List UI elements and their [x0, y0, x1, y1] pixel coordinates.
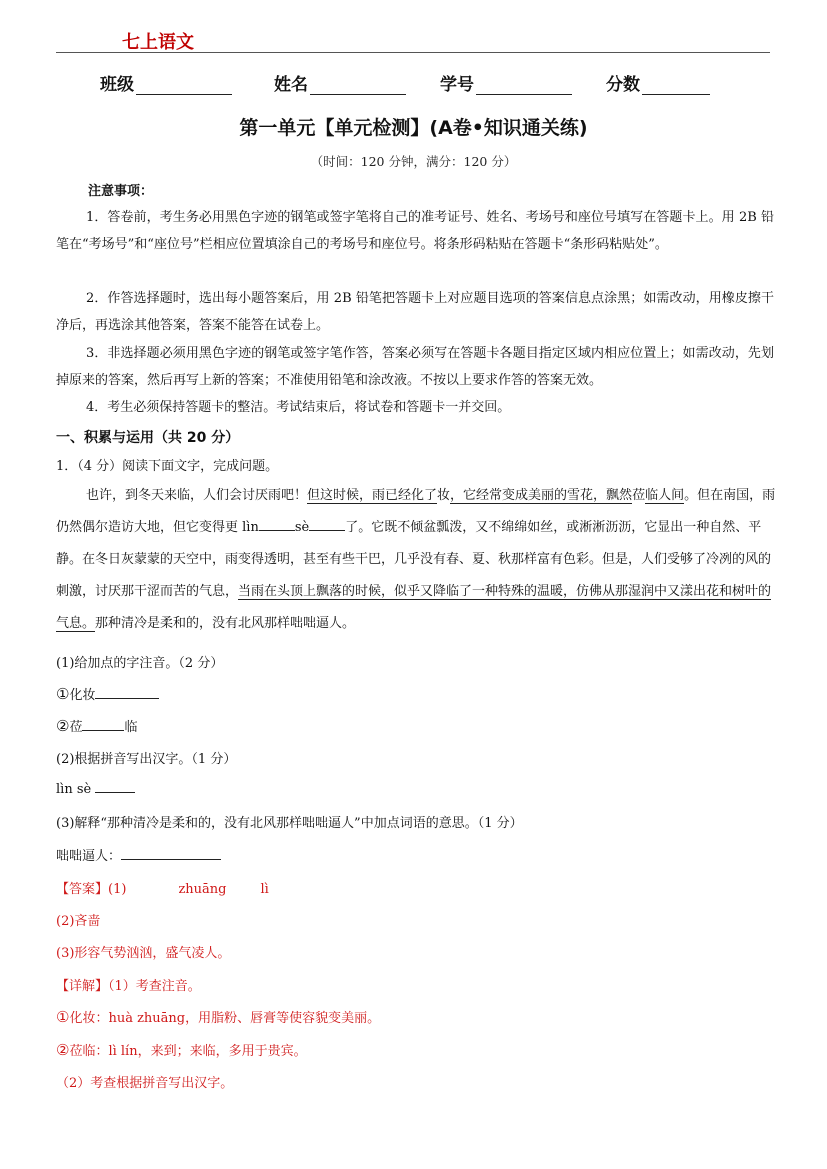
class-blank[interactable] [136, 78, 232, 95]
explanation-line-2: ①化妆：huà zhuāng，用脂粉、唇膏等使容貌变美丽。 [56, 1007, 380, 1026]
answer-line-2: (2)吝啬 [56, 910, 100, 929]
notice-item-4: 4．考生必须保持答题卡的整洁。考试结束后，将试卷和答题卡一并交回。 [56, 394, 774, 421]
student-id-blank[interactable] [476, 78, 572, 95]
pinyin-blank-1[interactable] [259, 518, 295, 531]
reading-passage: 也许，到冬天来临，人们会讨厌雨吧！但这时候，雨已经化了妆，它经常变成美丽的雪花，… [56, 480, 776, 640]
sub-question-2-answer: lìn sè [56, 780, 135, 797]
sub-question-3: (3)解释“那种清冷是柔和的，没有北风那样咄咄逼人”中加点词语的意思。（1 分） [56, 812, 523, 831]
answer-num: (1) [108, 882, 126, 897]
item-text: 临 [124, 720, 137, 735]
dotted-char: 莅 [632, 488, 645, 503]
question-1-stem: 1．（4 分）阅读下面文字，完成问题。 [56, 455, 278, 474]
underlined-text: 但这时候，雨已经化了 [307, 488, 437, 504]
circled-number-1: ① [56, 1008, 69, 1026]
page-title: 第一单元【单元检测】(A卷•知识通关练) [0, 113, 827, 140]
item-text: 化妆 [69, 688, 95, 703]
pinyin-blank-2[interactable] [309, 518, 345, 531]
sub-question-1-item-2: ②莅临 [56, 716, 137, 735]
explanation-text: 化妆：huà zhuāng，用脂粉、唇膏等使容貌变美丽。 [69, 1011, 380, 1026]
class-label: 班级 [100, 70, 134, 95]
circled-number-2: ② [56, 717, 69, 735]
header-divider [56, 52, 770, 53]
circled-number-2: ② [56, 1041, 69, 1059]
class-field: 班级 [100, 70, 232, 95]
answer-blank[interactable] [82, 718, 124, 731]
header-subject: 七上语文 [122, 28, 194, 54]
explanation-text: （1）考查注音。 [108, 979, 201, 994]
notice-item-2: 2．作答选择题时，选出每小题答案后，用 2B 铅笔把答题卡上对应题目选项的答案信… [56, 285, 774, 339]
underlined-text: 临人间 [645, 488, 684, 504]
passage-text: 那种清冷是柔和的，没有北风那样咄咄逼人。 [95, 616, 355, 631]
circled-number-1: ① [56, 685, 69, 703]
score-blank[interactable] [642, 78, 710, 95]
answer-tag: 【答案】 [56, 882, 108, 897]
sub-question-1-item-1: ①化妆 [56, 684, 159, 703]
notice-heading: 注意事项： [88, 180, 153, 199]
underlined-text: ，它经常变成美丽的雪花，飘然 [450, 488, 632, 504]
answer-line-1: 【答案】(1)zhuānglì [56, 878, 269, 897]
answer-pinyin: lì [260, 882, 268, 897]
name-blank[interactable] [310, 78, 406, 95]
term-label: 咄咄逼人： [56, 849, 121, 864]
answer-blank[interactable] [95, 686, 159, 699]
name-field: 姓名 [274, 70, 406, 95]
student-id-field: 学号 [440, 70, 572, 95]
explanation-tag: 【详解】 [56, 979, 108, 994]
answer-line-3: (3)形容气势汹汹，盛气凌人。 [56, 942, 230, 961]
notice-item-1: 1．答卷前，考生务必用黑色字迹的钢笔或签字笔将自己的准考证号、姓名、考场号和座位… [56, 204, 774, 258]
pinyin-text: lìn sè [56, 782, 91, 797]
explanation-line-3: ②莅临：lì lín，来到；来临，多用于贵宾。 [56, 1040, 307, 1059]
answer-blank[interactable] [95, 780, 135, 793]
student-id-label: 学号 [440, 70, 474, 95]
sub-question-2: (2)根据拼音写出汉字。（1 分） [56, 748, 236, 767]
name-label: 姓名 [274, 70, 308, 95]
explanation-line-4: （2）考查根据拼音写出汉字。 [56, 1072, 233, 1091]
answer-blank[interactable] [121, 847, 221, 860]
explanation-text: 莅临：lì lín，来到；来临，多用于贵宾。 [69, 1044, 306, 1059]
score-field: 分数 [606, 70, 710, 95]
answer-pinyin: zhuāng [178, 882, 226, 897]
sub-question-3-answer: 咄咄逼人： [56, 845, 221, 864]
sub-question-1: (1)给加点的字注音。（2 分） [56, 652, 223, 671]
section-heading: 一、积累与运用（共 20 分） [56, 427, 239, 447]
passage-text: 也许，到冬天来临，人们会讨厌雨吧！ [86, 488, 307, 503]
item-text: 莅 [69, 720, 82, 735]
dotted-char: 妆 [437, 488, 450, 503]
score-label: 分数 [606, 70, 640, 95]
notice-item-3: 3．非选择题必须用黑色字迹的钢笔或签字笔作答，答案必须写在答题卡各题目指定区域内… [56, 340, 774, 394]
pinyin-text: sè [295, 520, 309, 535]
explanation-line-1: 【详解】（1）考查注音。 [56, 975, 201, 994]
exam-time-info: （时间：120 分钟，满分：120 分） [0, 152, 827, 170]
